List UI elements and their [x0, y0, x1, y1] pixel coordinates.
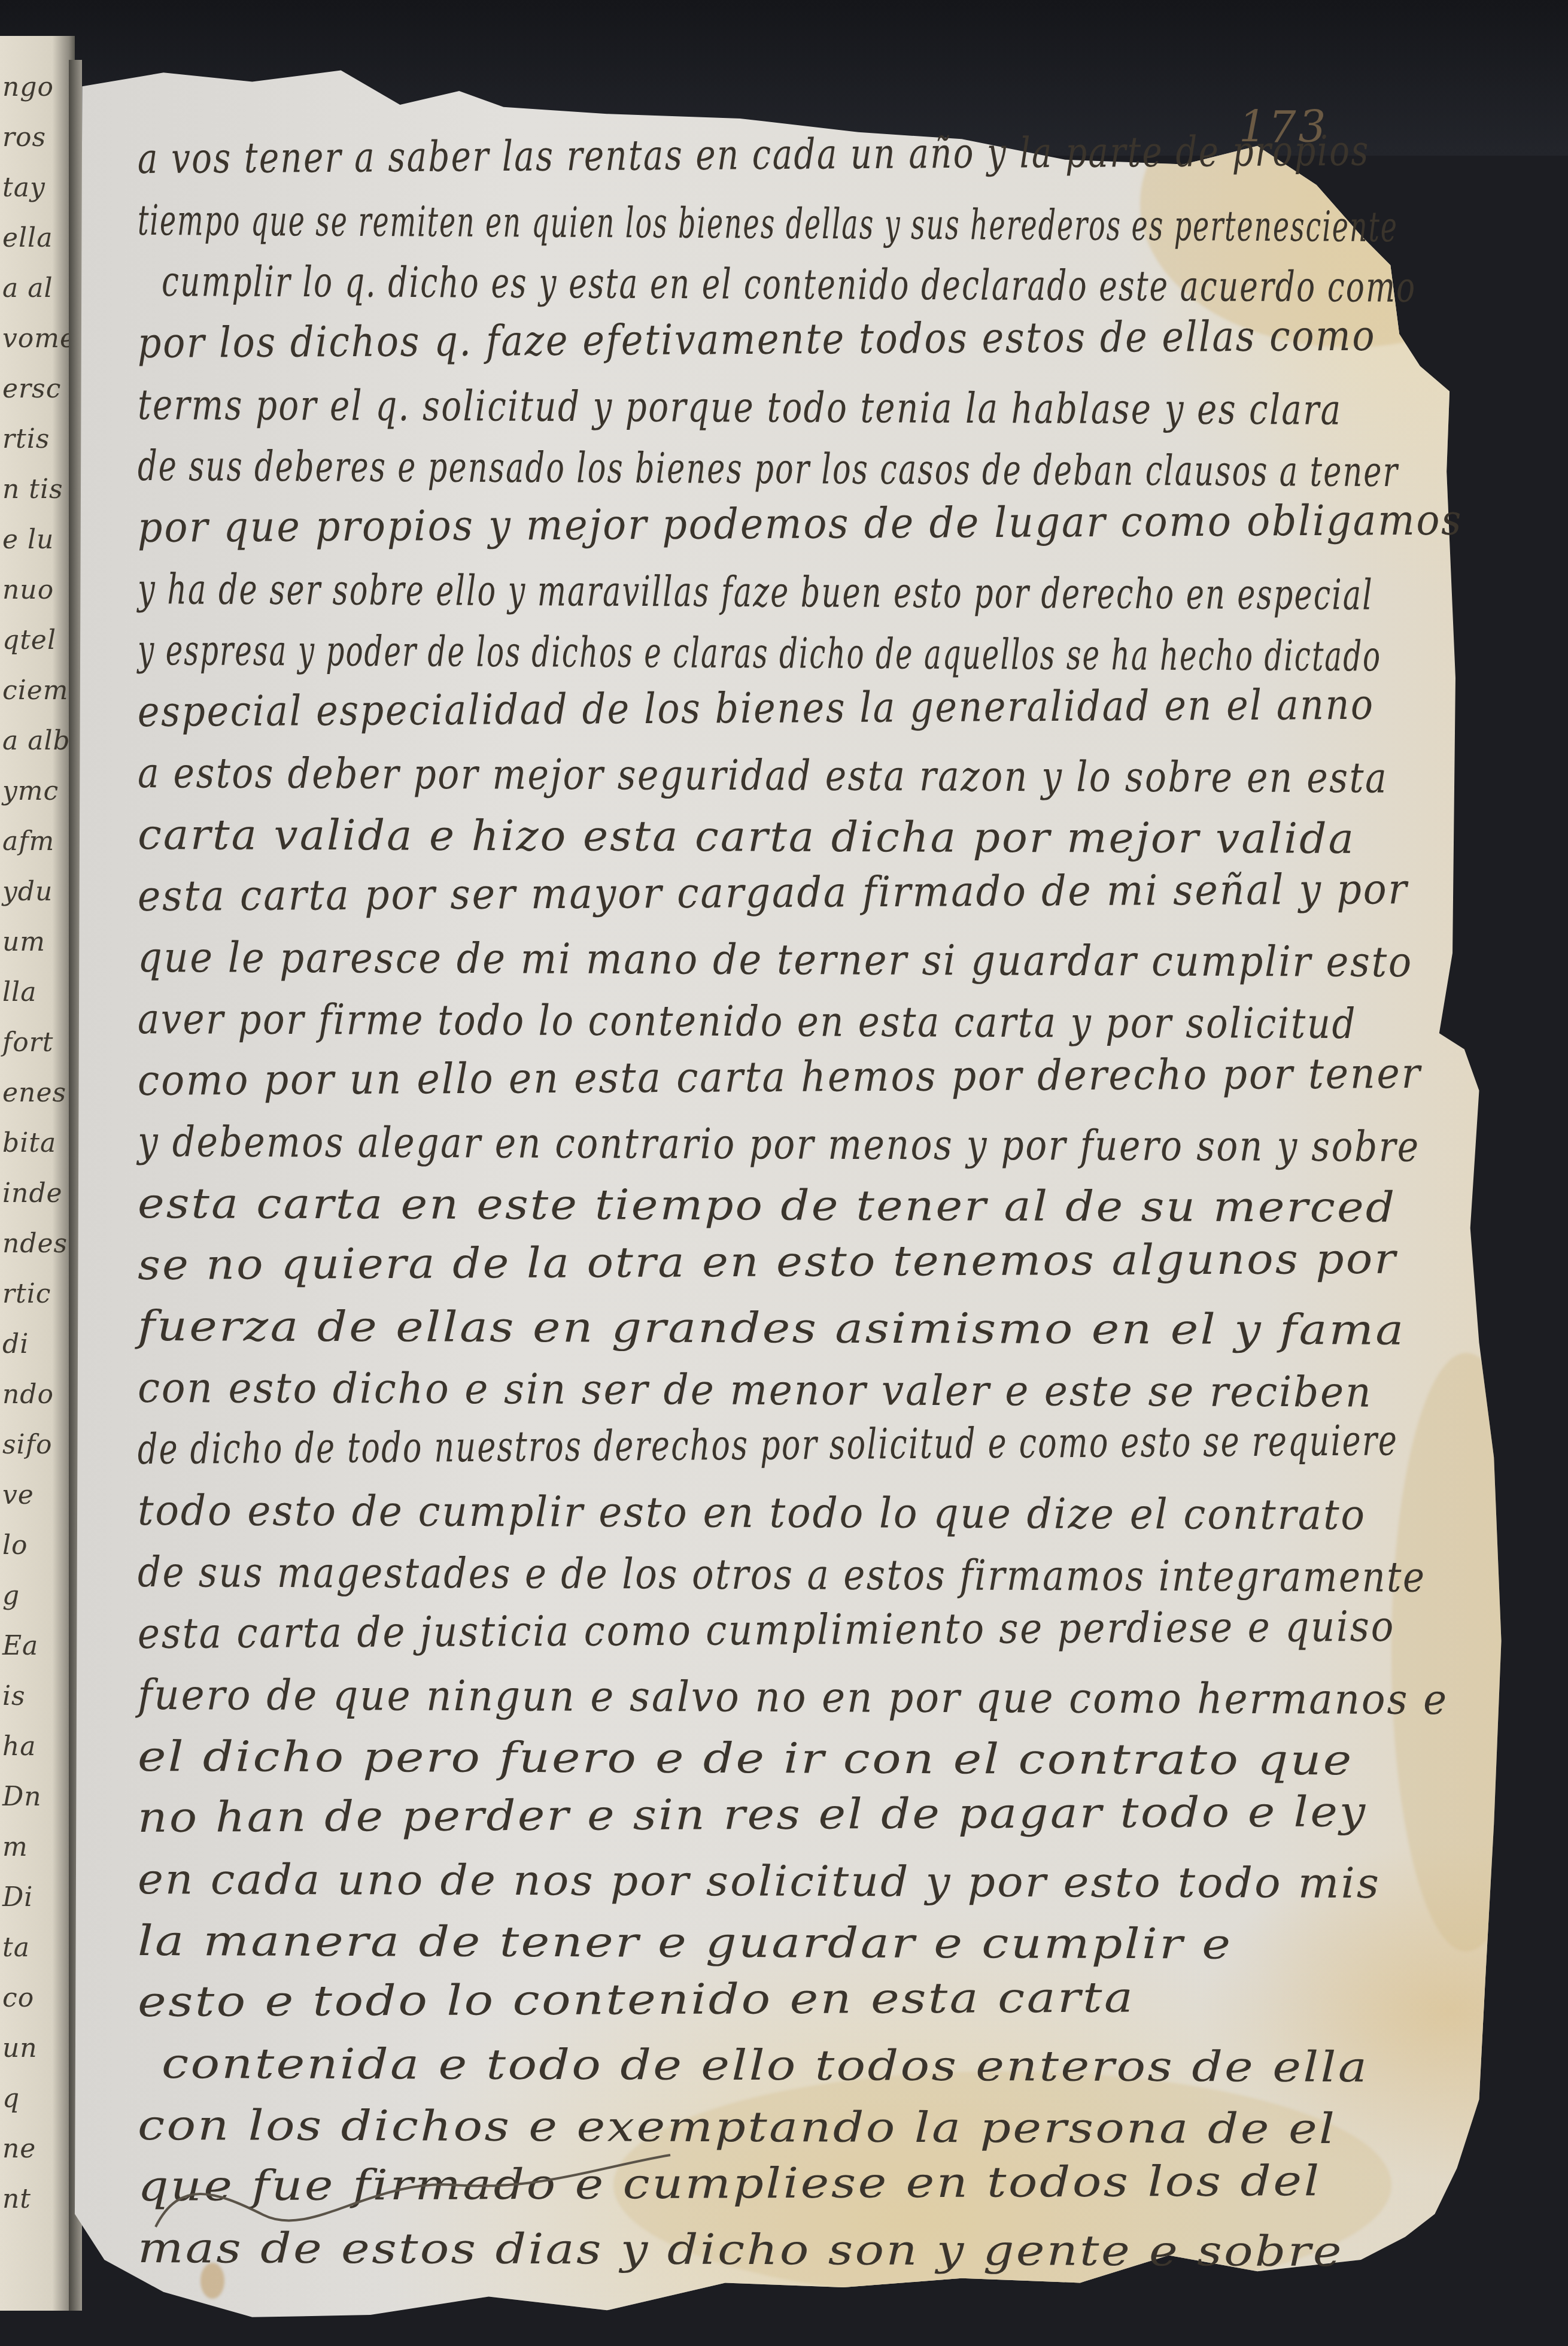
adjacent-page-text-fragment: lla: [2, 977, 37, 1007]
adjacent-page-text-fragment: ymc: [2, 776, 59, 806]
manuscript-line: de sus deberes e pensado los bienes por …: [138, 445, 1399, 493]
manuscript-line: esta carta de justicia como cumplimiento…: [138, 1605, 1395, 1654]
adjacent-page-text-fragment: vome: [2, 323, 75, 354]
adjacent-page-text-fragment: q: [2, 2083, 20, 2114]
manuscript-line: terms por el q. solicitud y porque todo …: [138, 384, 1342, 431]
manuscript-line: se no quiera de la otra en esto tenemos …: [138, 1237, 1397, 1285]
manuscript-line: esta carta por ser mayor cargada firmado…: [138, 868, 1409, 917]
manuscript-line: como por un ello en esta carta hemos por…: [138, 1052, 1422, 1101]
manuscript-line: cumplir lo q. dicho es y esta en el cont…: [162, 260, 1417, 308]
manuscript-line: a estos deber por mejor seguridad esta r…: [138, 752, 1388, 799]
adjacent-page-text-fragment: sifo: [2, 1430, 52, 1460]
adjacent-page-text-fragment: rtis: [2, 424, 50, 454]
adjacent-page-text-fragment: ve: [2, 1480, 34, 1510]
manuscript-line: la manera de tener e guardar e cumplir e: [138, 1920, 1233, 1965]
manuscript-line: con esto dicho e sin ser de menor valer …: [138, 1367, 1373, 1413]
adjacent-page-text-fragment: ros: [2, 122, 46, 153]
adjacent-page-text-fragment: g: [2, 1580, 20, 1611]
manuscript-line: especial especialidad de los bienes la g…: [138, 684, 1375, 733]
adjacent-page-strip: ngorostayellaa alvomeerscrtisn tise lunu…: [0, 36, 75, 2311]
manuscript-line: y ha de ser sobre ello y maravillas faze…: [138, 568, 1373, 616]
manuscript-line: aver por firme todo lo contenido en esta…: [138, 998, 1357, 1045]
manuscript-line: de dicho de todo nuestros derechos por s…: [138, 1419, 1398, 1470]
adjacent-page-text-fragment: e lu: [2, 524, 54, 555]
manuscript-line: fuero de que ningun e salvo no en por qu…: [138, 1674, 1448, 1720]
adjacent-page-text-fragment: a al: [2, 273, 53, 304]
manuscript-line: no han de perder e sin res el de pagar t…: [138, 1791, 1368, 1839]
adjacent-page-text-fragment: tay: [2, 172, 45, 203]
manuscript-line: por que propios y mejor podemos de de lu…: [138, 499, 1463, 548]
adjacent-page-text-fragment: afm: [2, 826, 54, 857]
adjacent-page-text-fragment: ydu: [2, 876, 53, 907]
adjacent-page-text-fragment: ersc: [2, 374, 61, 404]
closing-flourish: [144, 2143, 682, 2233]
manuscript-line: fuerza de ellas en grandes asimismo en e…: [138, 1305, 1406, 1351]
adjacent-page-text-fragment: co: [2, 1983, 34, 2013]
adjacent-page-text-fragment: ta: [2, 1932, 30, 1963]
manuscript-line: que le paresce de mi mano de terner si g…: [138, 936, 1413, 983]
manuscript-line: y espresa y poder de los dichos e claras…: [138, 629, 1381, 678]
manuscript-line: el dicho pero fuero e de ir con el contr…: [138, 1735, 1354, 1781]
adjacent-page-text-fragment: qtel: [2, 625, 56, 655]
manuscript-line: a vos tener a saber las rentas en cada u…: [138, 130, 1370, 180]
adjacent-page-text-fragment: bita: [2, 1128, 56, 1158]
manuscript-line: de sus magestades e de los otros a estos…: [138, 1551, 1426, 1598]
manuscript-line: carta valida e hizo esta carta dicha por…: [138, 814, 1356, 860]
adjacent-page-text-fragment: inde: [2, 1178, 63, 1209]
manuscript-line: mas de estos dias y dicho son y gente e …: [138, 2227, 1344, 2272]
adjacent-page-text-fragment: Dn: [2, 1781, 42, 1812]
manuscript-line: todo esto de cumplir esto en todo lo que…: [138, 1489, 1366, 1536]
adjacent-page-text-fragment: un: [2, 2033, 38, 2063]
adjacent-page-text-fragment: m: [2, 1832, 28, 1862]
adjacent-page-text-fragment: n tis: [2, 474, 63, 505]
adjacent-page-text-fragment: um: [2, 927, 45, 957]
adjacent-page-text-fragment: nt: [2, 2184, 31, 2214]
manuscript-line: en cada uno de nos por solicitud y por e…: [138, 1858, 1381, 1904]
manuscript-line: y debemos alegar en contrario por menos …: [138, 1121, 1420, 1168]
adjacent-page-text-fragment: ella: [2, 223, 53, 253]
adjacent-page-text-fragment: lo: [2, 1530, 28, 1561]
manuscript-line: esta carta en este tiempo de tener al de…: [138, 1182, 1396, 1228]
adjacent-page-text-fragment: ciem: [2, 675, 68, 706]
adjacent-page-text-fragment: a alb: [2, 726, 71, 756]
adjacent-page-text-fragment: ndes: [2, 1228, 68, 1259]
adjacent-page-text-fragment: di: [2, 1329, 29, 1359]
adjacent-page-text-fragment: Ea: [2, 1631, 38, 1661]
adjacent-page-text-fragment: nuo: [2, 575, 54, 605]
manuscript-line: esto e todo lo contenido en esta carta: [138, 1977, 1135, 2023]
adjacent-page-text-fragment: rtic: [2, 1279, 51, 1309]
manuscript-line: por los dichos q. faze efetivamente todo…: [138, 315, 1376, 364]
adjacent-page-text-fragment: is: [2, 1681, 26, 1711]
adjacent-page-text-fragment: ndo: [2, 1379, 54, 1410]
age-stain-right-edge: [1391, 1353, 1541, 1952]
adjacent-page-text-fragment: ngo: [2, 72, 54, 102]
manuscript-line: contenida e todo de ello todos enteros d…: [162, 2042, 1369, 2088]
adjacent-page-text-fragment: ne: [2, 2133, 36, 2164]
adjacent-page-text-fragment: Di: [2, 1882, 33, 1913]
adjacent-page-text-fragment: enes: [2, 1078, 66, 1108]
adjacent-page-text-fragment: ha: [2, 1731, 37, 1762]
manuscript-line: tiempo que se remiten en quien los biene…: [138, 199, 1398, 248]
adjacent-page-text-fragment: fort: [2, 1027, 54, 1058]
